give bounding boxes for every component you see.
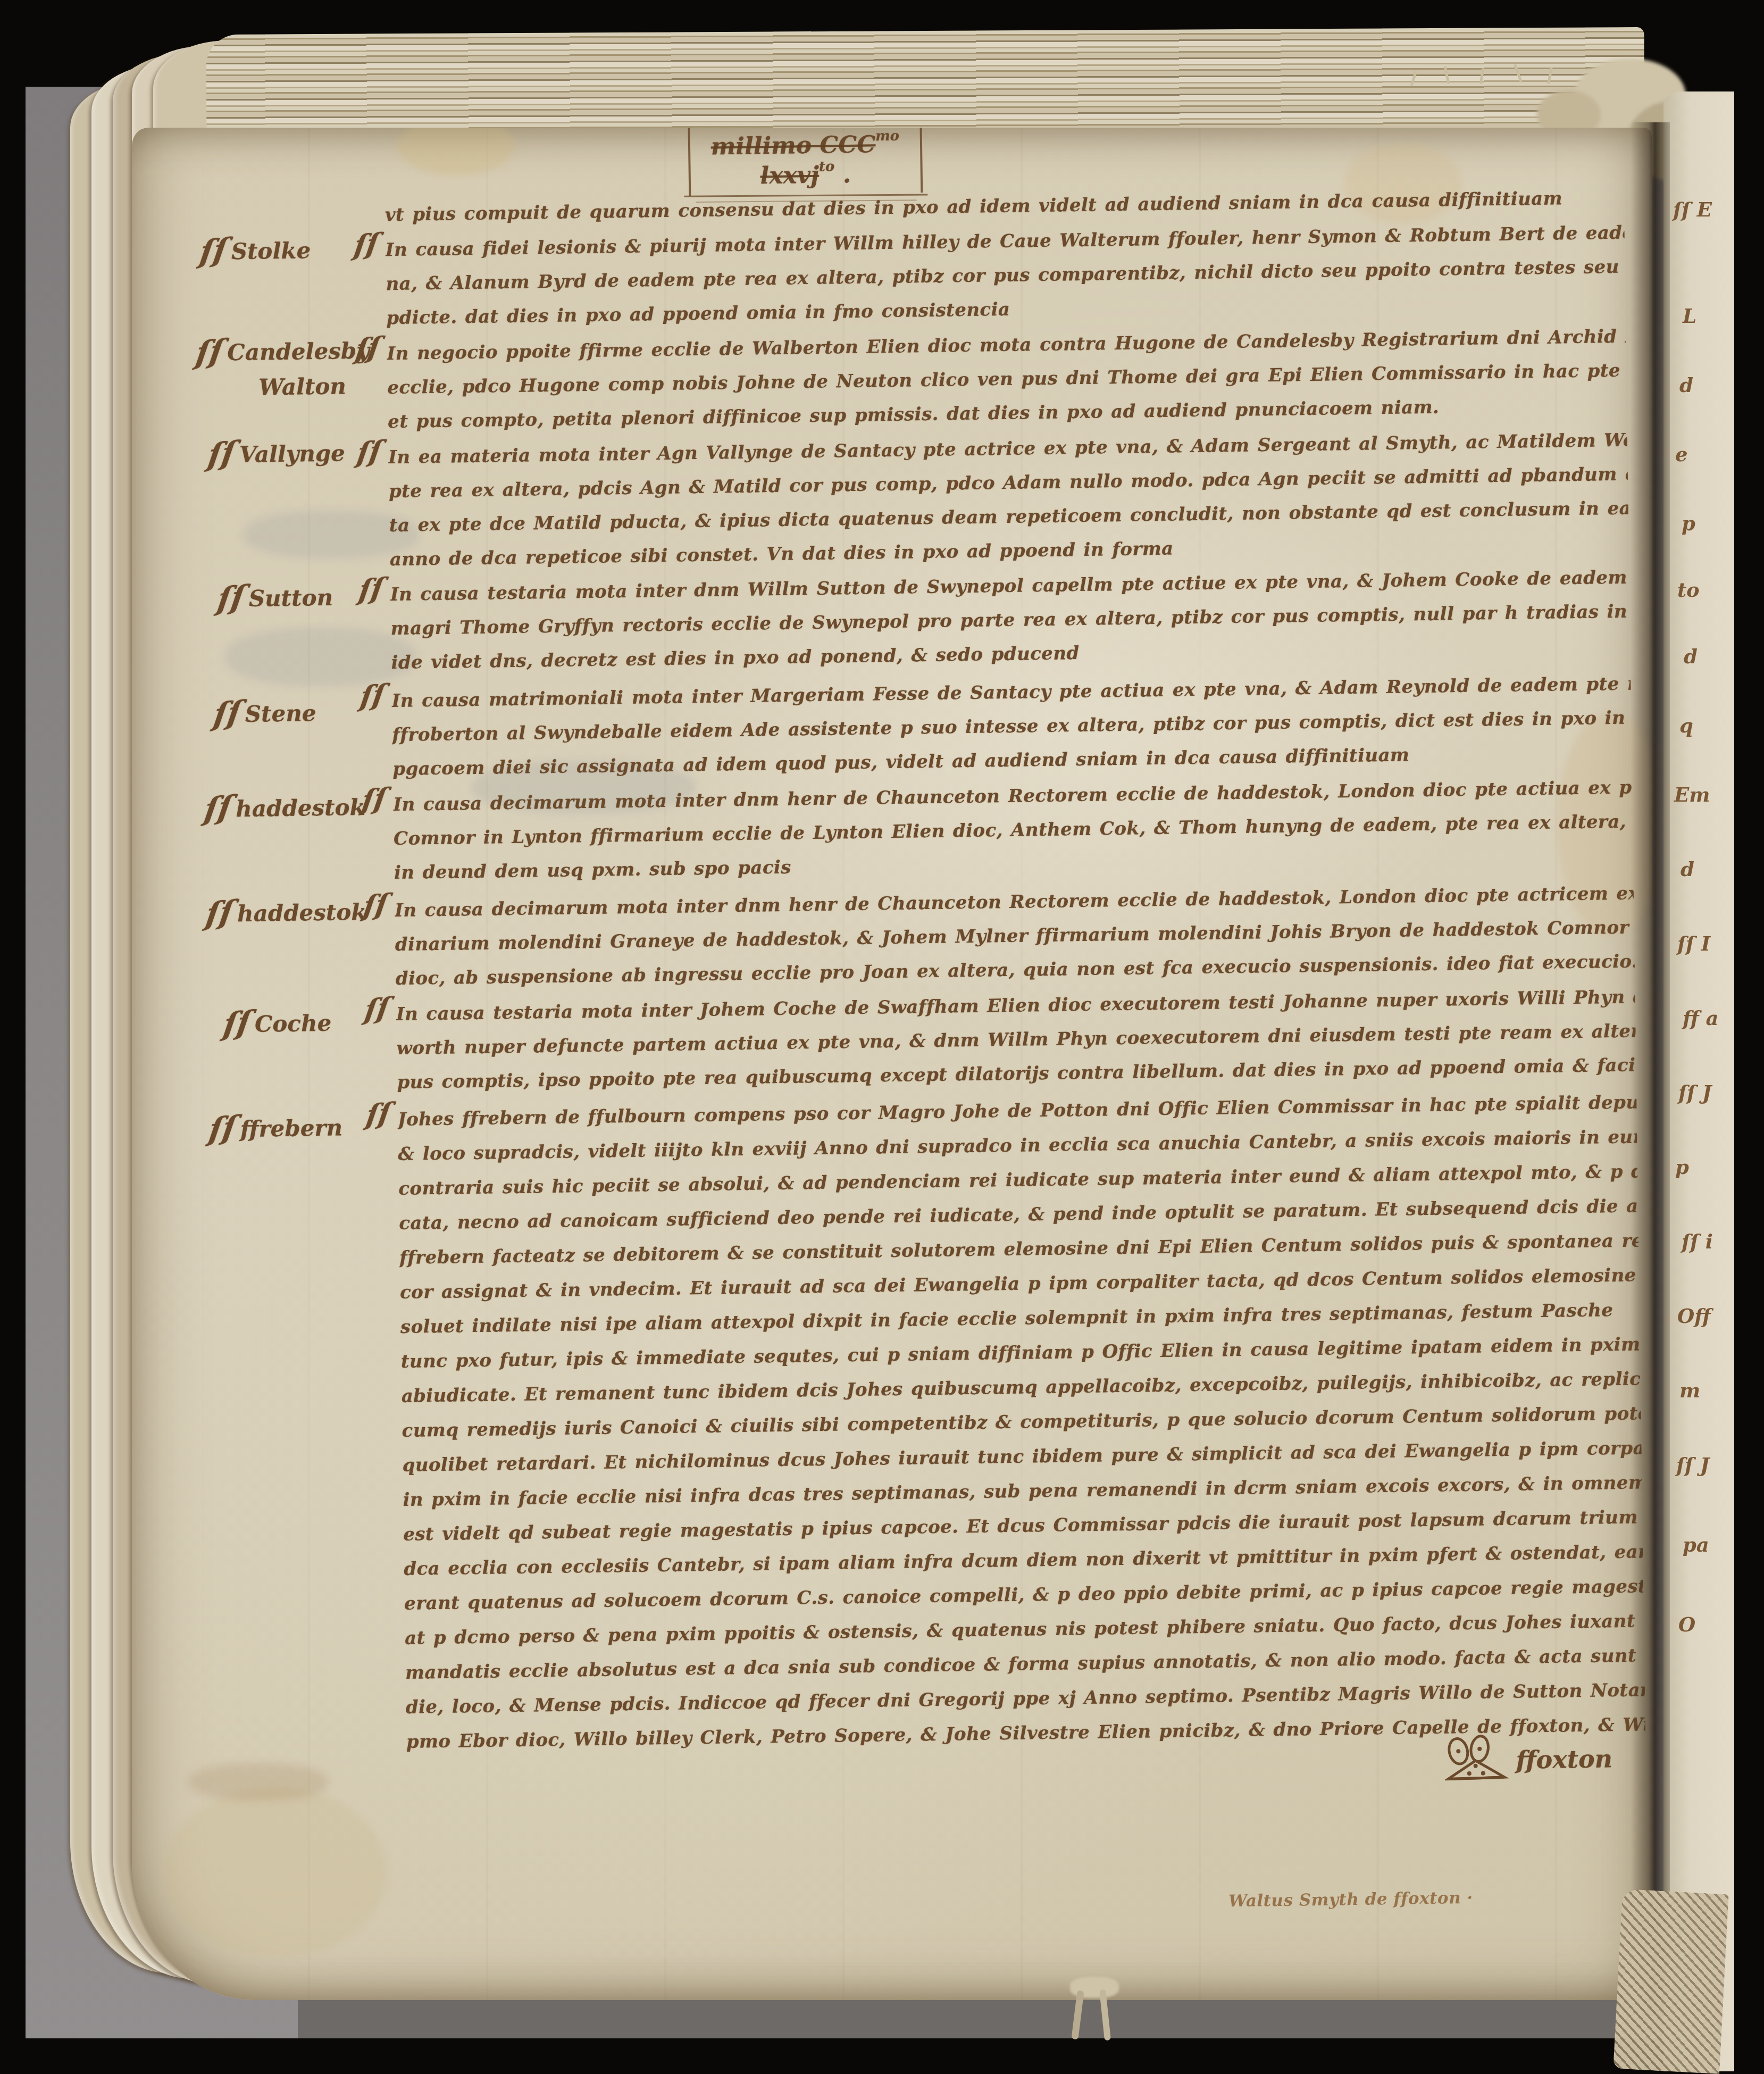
margin-heading-label: Walton [258,369,370,405]
facing-page-text-fragment: pa [1683,1533,1709,1556]
margin-heading: ſſCoche [224,1006,332,1043]
notarial-paraph-icon [1444,1733,1509,1789]
act-entry: ſſIn causa testaria mota inter Johem Coc… [365,980,1636,1100]
act-entry: ſſIn causa matrimoniali mota inter Marge… [361,667,1632,787]
entry-lines: In causa fidei lesionis & piurij mota in… [385,216,1625,336]
margin-heading-label: Stene [245,696,316,732]
entry-lines: In causa matrimoniali mota inter Margeri… [391,667,1632,787]
margin-heading-label: haddestok [237,895,367,931]
facing-page-text-fragment: to [1677,578,1700,602]
paragraph-mark-icon: ſſ [352,230,379,260]
facing-page-text-fragment: ſſ E [1673,198,1712,221]
act-entry: ſſIn causa fidei lesionis & piurij mota … [354,216,1625,336]
paragraph-mark-icon: ſſ [207,1112,234,1145]
margin-heading-label: haddestok [236,790,365,827]
act-entry: ſſIn ea materia mota inter Agn Vallynge … [357,423,1629,577]
paragraph-mark-icon: ſſ [363,994,389,1024]
entry-lines: In causa testaria mota inter dnm Willm S… [390,561,1630,680]
facing-page-text-fragment: Em [1674,783,1710,806]
facing-page-text-fragment: ſſ i [1682,1230,1713,1253]
margin-heading: ſſStolke [200,233,311,270]
manuscript-page: millimo CCCmo lxxvjto . ſſStolkeſſCandel… [132,128,1652,2000]
margin-heading-label: Vallynge [239,436,346,472]
facing-page-text-fragment: O [1678,1613,1695,1636]
gutter-shadow [1631,122,1670,2016]
binding-cloth-bottom-right [1613,1889,1728,2071]
facing-page-text-fragment: q [1679,714,1693,737]
scribe-signature-name: ffoxton [1516,1744,1612,1775]
act-entry: ſſJohes ffrebern de ffulbourn compens ps… [366,1085,1645,1760]
facing-page-text-fragment: ſſ J [1676,1453,1709,1477]
facing-page-text-fragment: d [1679,373,1693,397]
paragraph-mark-icon: ſſ [355,438,382,468]
page-content: millimo CCCmo lxxvjto . ſſStolkeſſCandel… [132,128,1652,2000]
year-heading: millimo CCCmo lxxvjto . [688,128,923,196]
margin-heading: ſſSutton [218,580,333,617]
facing-page-text-fragment: d [1681,857,1694,881]
margin-heading: ſſhaddestok [205,790,365,827]
paragraph-mark-icon: ſſ [198,235,225,268]
paragraph-mark-icon: ſſ [221,1007,248,1040]
paragraph-mark-icon: ſſ [358,681,385,711]
ownership-note: Waltus Smyth de ffoxton · [1228,1888,1473,1911]
facing-page-text-fragment: ſſ J [1678,1081,1711,1104]
facing-page-text-fragment: p [1682,512,1695,535]
facing-page-text-fragment: p [1675,1155,1689,1179]
margin-heading: ſſVallynge [208,436,346,473]
entry-lines: In causa decimarum mota inter dnm henr d… [395,877,1635,996]
margin-heading: ſſCandelesbyWalton [196,334,370,406]
facing-page-text-fragment: L [1683,304,1696,328]
paragraph-mark-icon: ſſ [194,336,221,369]
paragraph-mark-icon: ſſ [215,581,243,614]
facing-page-text-fragment: e [1675,443,1688,466]
scribe-signature: ffoxton [1444,1731,1613,1788]
act-entry: ſſIn negocio ppoite ffirme ecclie de Wal… [356,320,1627,439]
margin-heading-label: Stolke [231,233,311,269]
page-stack-top-edge [206,27,1645,140]
facing-page-text-fragment: d [1684,645,1698,668]
margin-heading-label: Coche [255,1006,332,1042]
margin-heading: ſſStene [214,696,316,732]
margin-heading: ſſffrebern [209,1110,342,1147]
act-entry: ſſIn causa decimarum mota inter dnm henr… [364,877,1635,996]
paragraph-mark-icon: ſſ [357,575,383,605]
entry-lines: In negocio ppoite ffirme ecclie de Walbe… [387,320,1627,439]
paragraph-mark-icon: ſſ [362,890,388,920]
paragraph-mark-icon: ſſ [360,785,387,814]
margin-heading-label: Candelesby [227,334,370,371]
paragraph-mark-icon: ſſ [354,334,380,364]
margin-heading-label: ffrebern [240,1110,342,1147]
paragraph-mark-icon: ſſ [212,697,239,730]
act-entry: ſſIn causa decimarum mota inter dnm henr… [362,771,1633,890]
year-heading-text: millimo CCCmo lxxvj [710,131,899,190]
margin-heading-label: Sutton [248,580,333,617]
entry-lines: In causa decimarum mota inter dnm henr d… [393,771,1633,890]
facing-page-text-fragment: ff a [1683,1006,1718,1030]
facing-page-text-fragment: m [1679,1379,1700,1402]
entry-lines: In causa testaria mota inter Johem Coche… [396,980,1636,1100]
margin-heading: ſſhaddestok [206,895,367,932]
act-entry: ſſIn causa testaria mota inter dnm Willm… [359,561,1630,680]
paragraph-mark-icon: ſſ [204,897,231,930]
entry-lines: Johes ffrebern de ffulbourn compens pso … [397,1085,1645,1759]
facing-page-text-fragment: ſſ I [1677,932,1710,955]
entry-lines: In ea materia mota inter Agn Vallynge de… [388,423,1629,577]
paragraph-mark-icon: ſſ [206,437,233,470]
facing-page-edge: ſſ ELdeptodqEmdſſ Iff aſſ Jpſſ iOffmſſ J… [1663,91,1734,2071]
paragraph-mark-icon: ſſ [203,792,230,825]
paragraph-mark-icon: ſſ [364,1100,391,1129]
facing-page-text-fragment: Off [1677,1304,1711,1328]
